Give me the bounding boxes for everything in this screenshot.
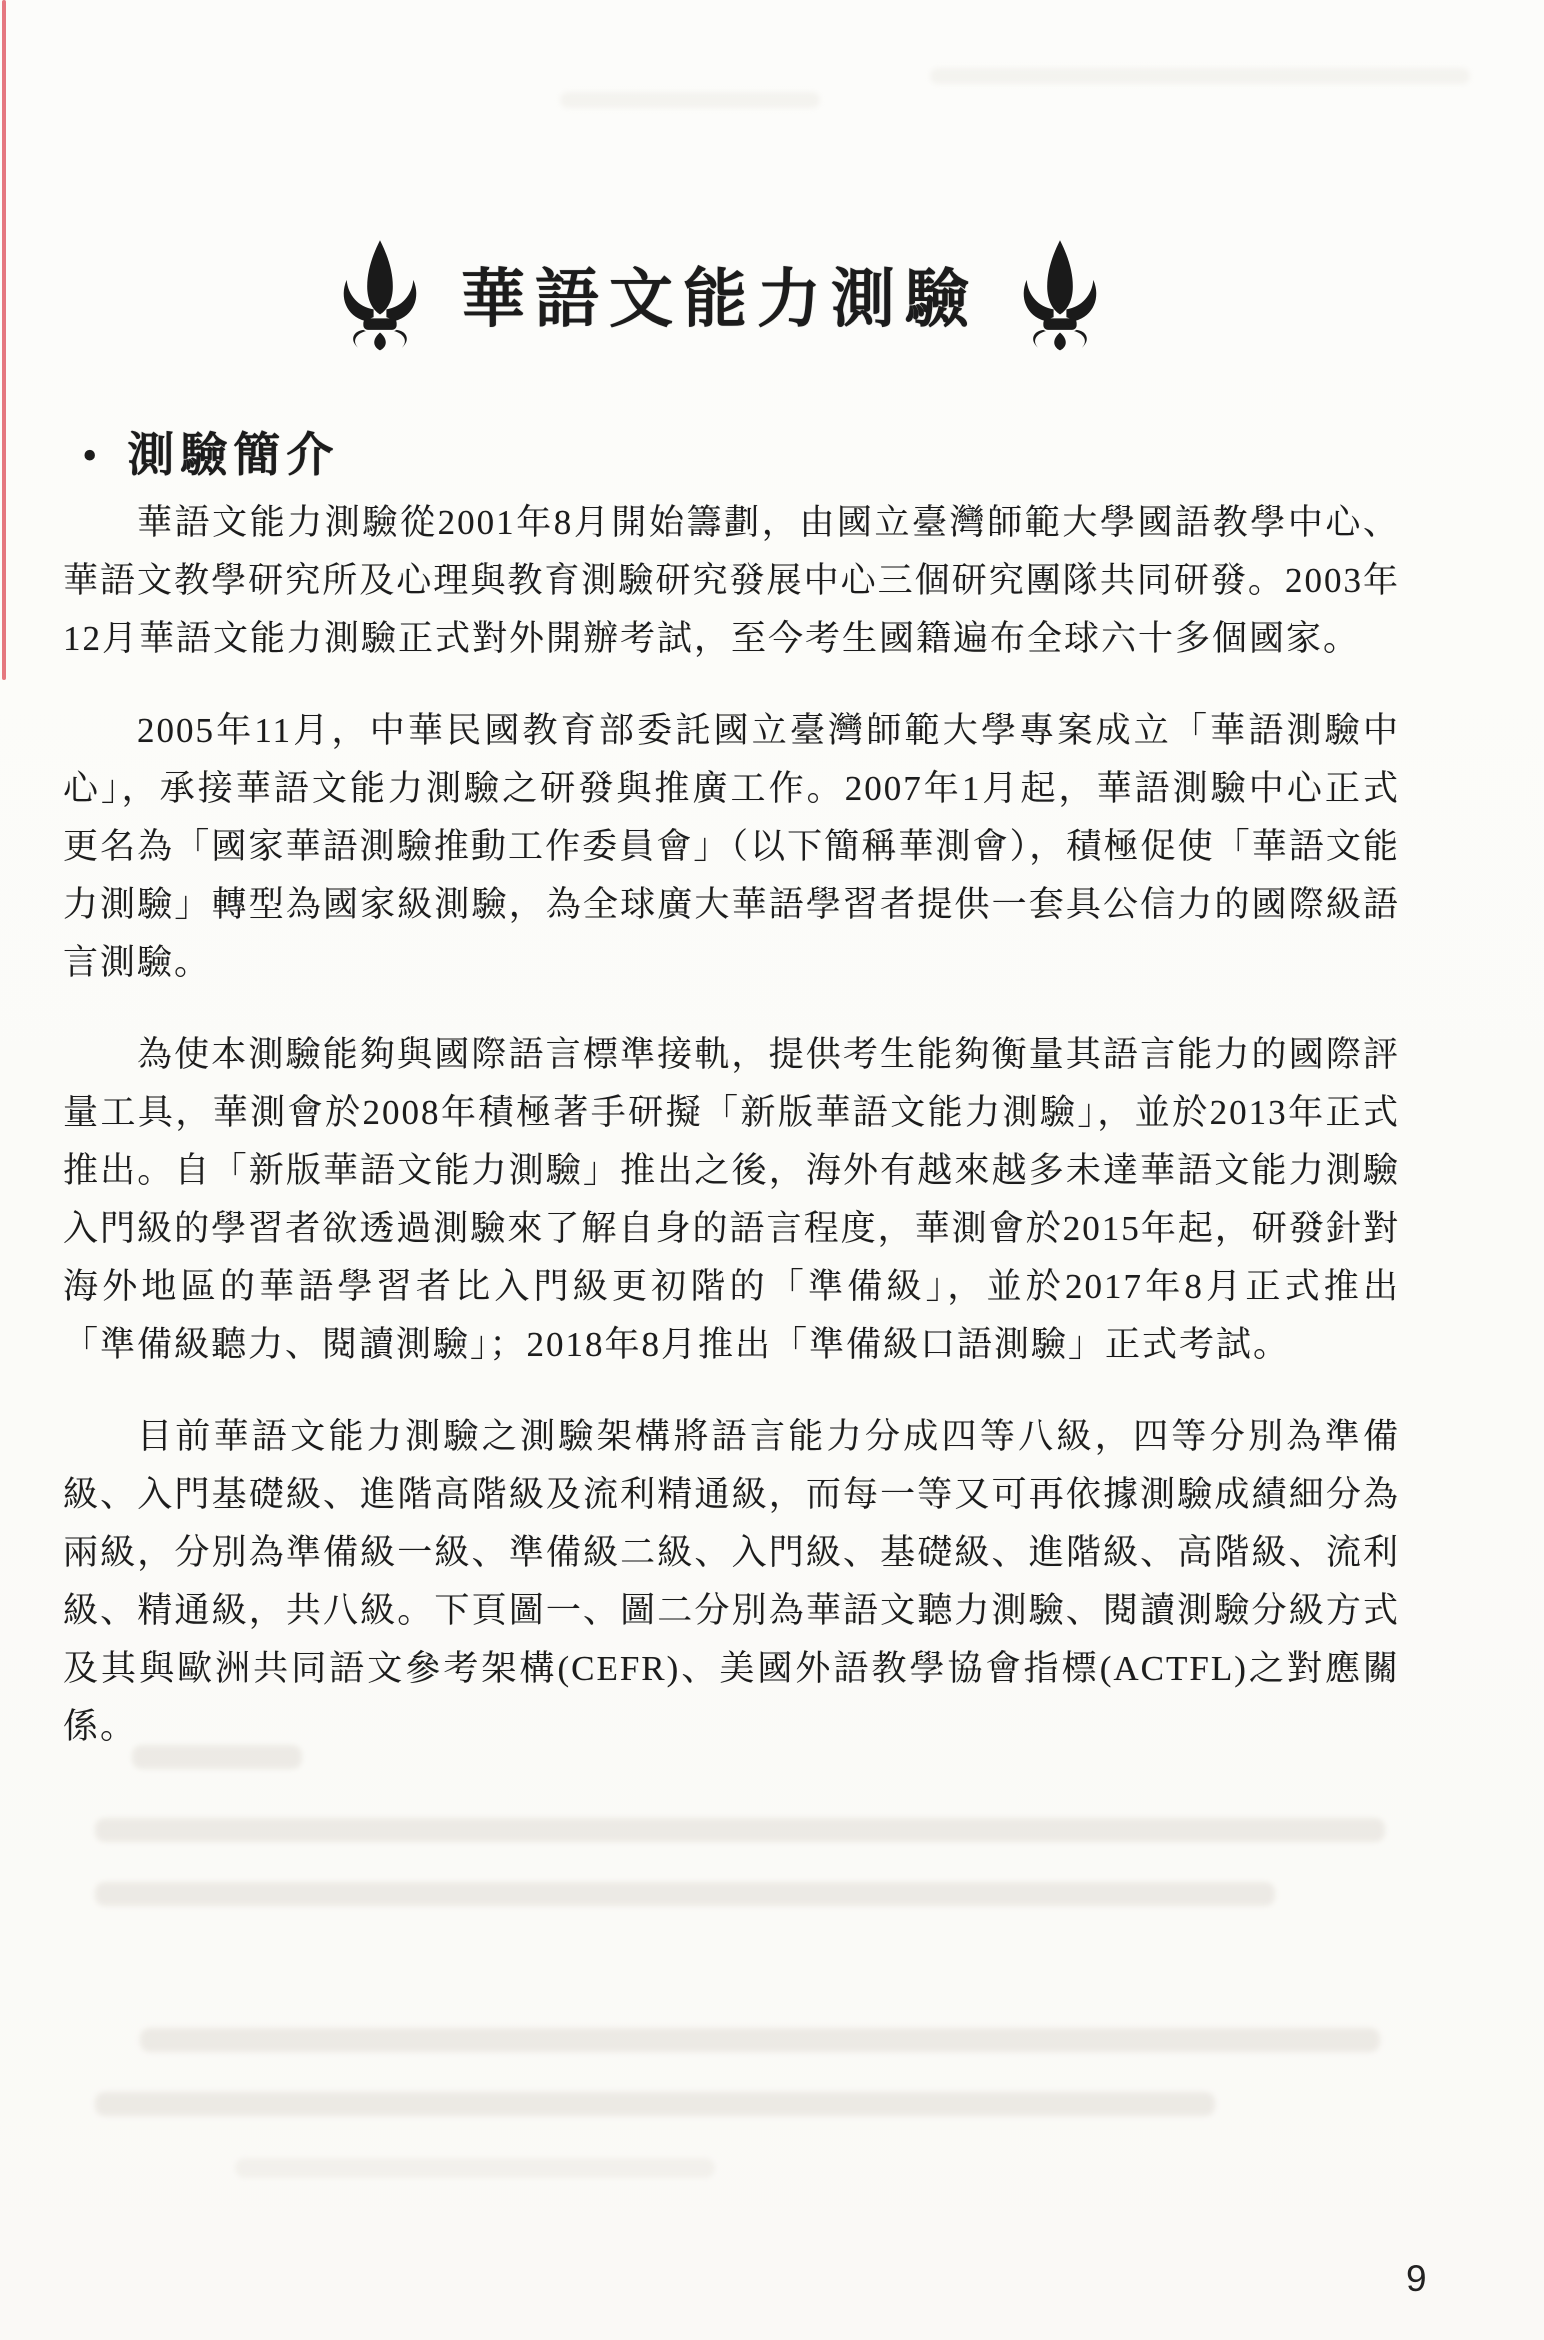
document-title: 華語文能力測驗 (461, 248, 979, 340)
fleur-de-lis-icon (1019, 236, 1101, 352)
paragraph: 華語文能力測驗從2001年8月開始籌劃，由國立臺灣師範大學國語教學中心、華語文教… (63, 494, 1400, 668)
document-title-row: 華語文能力測驗 (0, 236, 1440, 352)
paragraph: 為使本測驗能夠與國際語言標準接軌，提供考生能夠衡量其語言能力的國際評量工具，華測… (63, 1026, 1400, 1374)
bleed-through-artifact (930, 68, 1470, 84)
page-number: 9 (1406, 2258, 1427, 2300)
scanned-document-page: 華語文能力測驗 • 測驗簡介 華語文能力測驗從2001年8月開始籌劃，由國立臺灣… (0, 0, 1544, 2340)
section-heading-row: • 測驗簡介 (82, 418, 339, 485)
body-text: 華語文能力測驗從2001年8月開始籌劃，由國立臺灣師範大學國語教學中心、華語文教… (63, 494, 1400, 1790)
bleed-through-artifact (140, 2028, 1380, 2052)
bleed-through-artifact (132, 1745, 302, 1769)
bullet-icon: • (82, 434, 97, 478)
section-heading: 測驗簡介 (127, 418, 339, 485)
bleed-through-artifact (560, 92, 820, 108)
fleur-de-lis-icon (339, 236, 421, 352)
paragraph: 2005年11月，中華民國教育部委託國立臺灣師範大學專案成立「華語測驗中心」，承… (63, 702, 1400, 992)
bleed-through-artifact (95, 2092, 1215, 2116)
bleed-through-artifact (235, 2158, 715, 2178)
paragraph: 目前華語文能力測驗之測驗架構將語言能力分成四等八級，四等分別為準備級、入門基礎級… (63, 1408, 1400, 1756)
bleed-through-artifact (95, 1882, 1275, 1906)
bleed-through-artifact (95, 1818, 1385, 1842)
